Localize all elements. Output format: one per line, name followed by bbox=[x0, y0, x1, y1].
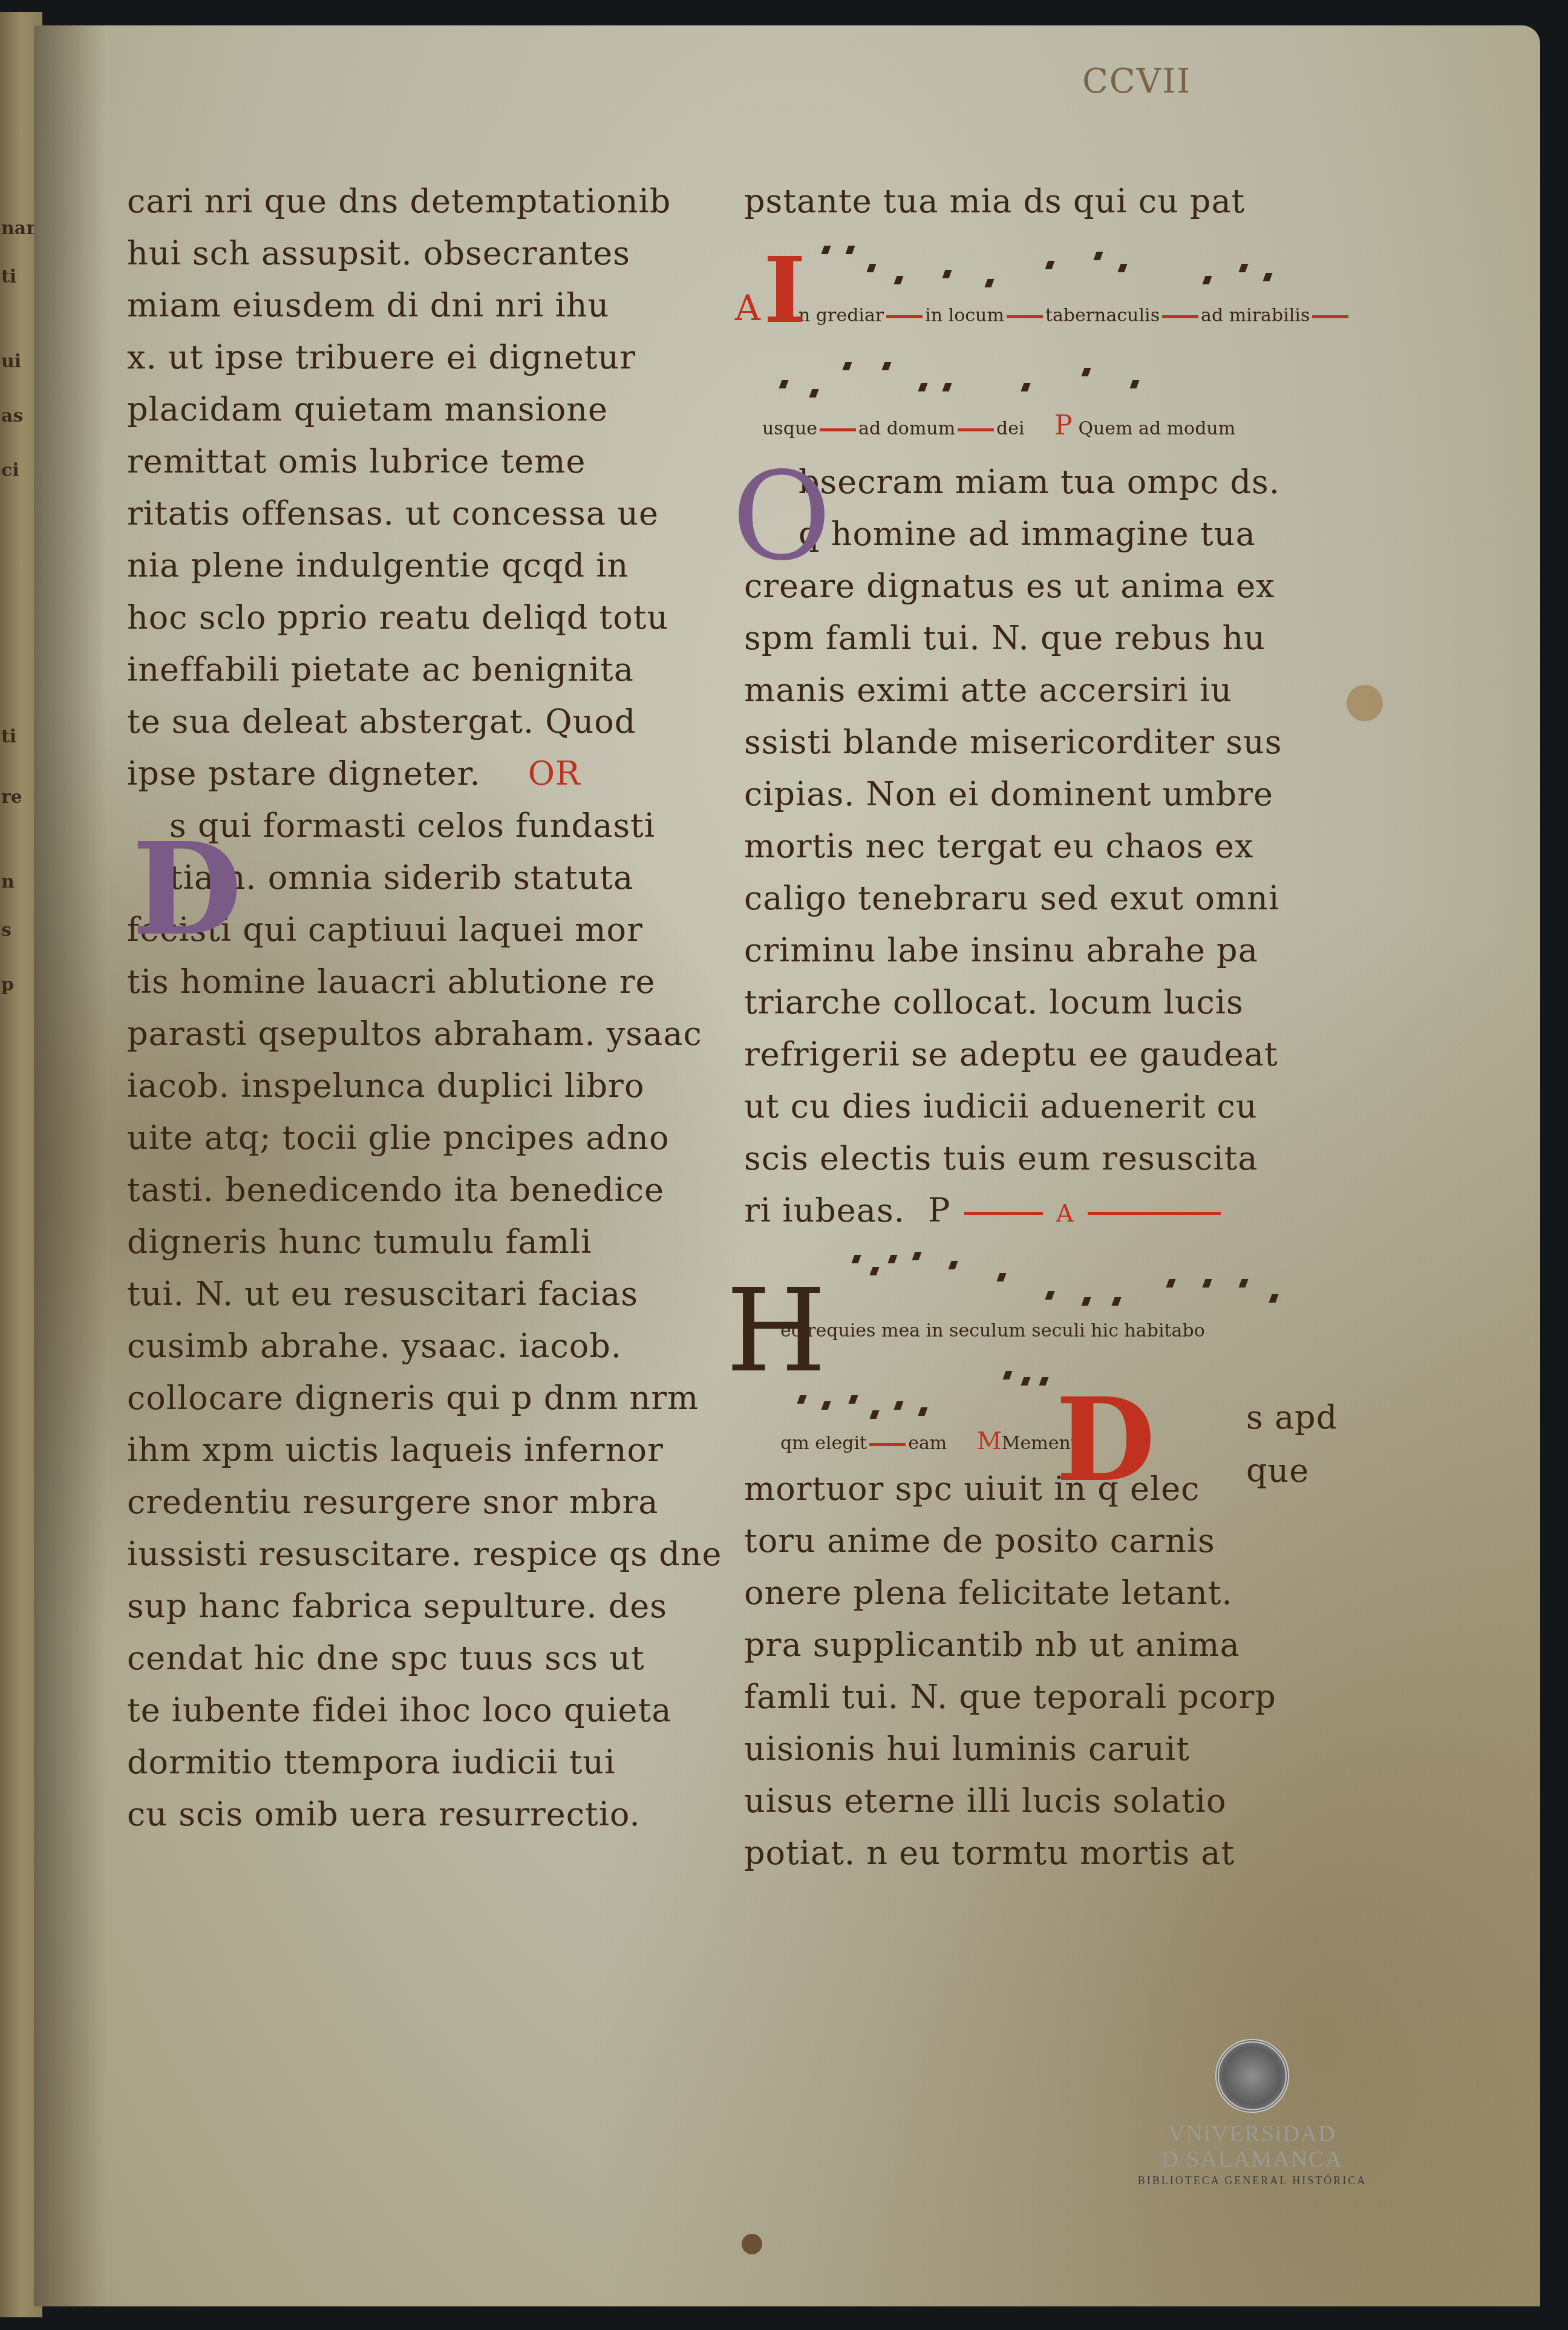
neume bbox=[942, 270, 952, 278]
text-line: ineffabili pietate ac benignita bbox=[127, 644, 671, 696]
neume bbox=[821, 246, 831, 254]
text-line: cari nri que dns detemptationib bbox=[127, 175, 671, 227]
neume bbox=[842, 362, 852, 370]
neume bbox=[1081, 1297, 1091, 1306]
neume bbox=[779, 380, 788, 388]
text-line: famli tui. N. que teporali pcorp bbox=[744, 1671, 1289, 1723]
text-line: pstante tua mia ds qui cu pat bbox=[744, 175, 1289, 227]
text-line: criminu labe insinu abrahe pa bbox=[744, 924, 1289, 977]
neume bbox=[866, 264, 876, 272]
neume bbox=[912, 1252, 921, 1260]
neume bbox=[1238, 1279, 1248, 1288]
university-seal-icon bbox=[1215, 2039, 1289, 2113]
gutter-shadow bbox=[34, 25, 106, 2306]
text-line: uisionis hui luminis caruit bbox=[744, 1723, 1289, 1775]
chant-word: usque bbox=[762, 418, 817, 439]
neume bbox=[996, 1273, 1006, 1281]
red-separator bbox=[1088, 1212, 1221, 1215]
text-line: ritatis offensas. ut concessa ue bbox=[127, 488, 671, 540]
chant-word: in locum bbox=[925, 305, 1004, 326]
text-span: ri iubeas. bbox=[744, 1191, 905, 1229]
prev-page-fragment: n bbox=[1, 871, 15, 892]
antiphon-cue-A: A bbox=[735, 287, 760, 329]
red-separator bbox=[964, 1212, 1043, 1215]
neume bbox=[1238, 264, 1248, 272]
text-line: x. ut ipse tribuere ei dignetur bbox=[127, 332, 671, 384]
prev-page-fragment: s bbox=[1, 920, 11, 941]
text-line: miam eiusdem di dni nri ihu bbox=[127, 280, 671, 332]
antiphon-cue: A bbox=[1056, 1200, 1074, 1228]
text-line: hui sch assupsit. obsecrantes bbox=[127, 227, 671, 280]
chant-text-line: usquead domumdei P Quem ad modum bbox=[744, 404, 1289, 448]
text-line: ut cu dies iudicii aduenerit cu bbox=[744, 1081, 1289, 1133]
prev-page-fragment: as bbox=[1, 405, 23, 427]
psalm-cue: P bbox=[1054, 410, 1073, 441]
prev-page-fragment: ti bbox=[1, 726, 16, 747]
neume bbox=[1045, 1291, 1054, 1300]
red-separator bbox=[1312, 315, 1348, 318]
initial-I-red: I bbox=[763, 245, 806, 336]
text-line: ipse pstare digneter. OR bbox=[127, 748, 671, 800]
red-separator bbox=[1162, 315, 1198, 318]
chant-word: dei bbox=[996, 418, 1025, 439]
neume bbox=[893, 1401, 903, 1410]
neume bbox=[1045, 261, 1054, 269]
text-line: uisus eterne illi lucis solatio bbox=[744, 1775, 1289, 1827]
neume bbox=[845, 246, 855, 254]
neume bbox=[869, 1410, 879, 1419]
text-line: manis eximi atte accersiri iu bbox=[744, 664, 1289, 716]
psalm-incipit: Quem ad modum bbox=[1078, 418, 1235, 439]
prev-page-fragment: re bbox=[1, 787, 22, 808]
text-line: tasti. benedicendo ita benedice bbox=[127, 1164, 671, 1216]
initial-H: H bbox=[726, 1274, 826, 1389]
chant-text-line: n grediarin locumtabernaculisad mirabili… bbox=[744, 294, 1289, 338]
text-line: te sua deleat abstergat. Quod bbox=[127, 696, 671, 748]
text-line: uite atq; tocii glie pncipes adno bbox=[127, 1112, 671, 1164]
neume bbox=[1166, 1279, 1175, 1288]
neume bbox=[1039, 1377, 1048, 1386]
neume bbox=[984, 279, 994, 287]
neume bbox=[918, 383, 927, 391]
text-line: tui. N. ut eu resuscitari facias bbox=[127, 1268, 671, 1320]
neume-staff bbox=[744, 227, 1289, 294]
neume bbox=[809, 389, 818, 398]
neume bbox=[1117, 264, 1127, 272]
chant-word: n grediar bbox=[799, 305, 884, 326]
chant-word: qm elegit bbox=[780, 1433, 867, 1454]
text-line: mortis nec tergat eu chaos ex bbox=[744, 820, 1289, 872]
text-line: potiat. n eu tormtu mortis at bbox=[744, 1827, 1289, 1879]
text-line: nia plene indulgentie qcqd in bbox=[127, 540, 671, 592]
text-line: ihm xpm uictis laqueis infernor bbox=[127, 1424, 671, 1476]
neume bbox=[821, 1401, 831, 1410]
text-line: pra supplicantib nb ut anima bbox=[744, 1619, 1289, 1671]
text-line: dormitio ttempora iudicii tui bbox=[127, 1736, 671, 1788]
text-line: credentiu resurgere snor mbra bbox=[127, 1476, 671, 1528]
chant-word: ad mirabilis bbox=[1201, 305, 1310, 326]
text-span: ipse pstare digneter. bbox=[127, 754, 481, 793]
text-line: placidam quietam mansione bbox=[127, 384, 671, 436]
initial-O-purple: O bbox=[732, 457, 831, 578]
neume bbox=[869, 1267, 879, 1275]
text-line: iacob. inspelunca duplici libro bbox=[127, 1060, 671, 1112]
text-line: digneris hunc tumulu famli bbox=[127, 1216, 671, 1268]
watermark-line-1: VNiVERSiDAD bbox=[1113, 2121, 1391, 2147]
text-line: refrigerii se adeptu ee gaudeat bbox=[744, 1029, 1289, 1081]
text-line: spm famli tui. N. que rebus hu bbox=[744, 612, 1289, 664]
prev-page-fragment: p bbox=[1, 974, 14, 995]
text-line: ri iubeas. P A bbox=[744, 1185, 1289, 1237]
text-line: cipias. Non ei dominent umbre bbox=[744, 768, 1289, 820]
verse-initial-M: M bbox=[977, 1427, 1002, 1455]
text-line: collocare digneris qui p dnm nrm bbox=[127, 1372, 671, 1424]
neume bbox=[1269, 1294, 1278, 1303]
neume bbox=[1021, 383, 1030, 391]
chant-word: ad domum bbox=[858, 418, 955, 439]
neume bbox=[948, 1261, 958, 1269]
text-line: cusimb abrahe. ysaac. iacob. bbox=[127, 1320, 671, 1372]
text-line: hoc sclo pprio reatu deliqd totu bbox=[127, 592, 671, 644]
red-separator bbox=[1007, 315, 1043, 318]
rubric-oratio: OR bbox=[528, 754, 581, 793]
text-line: cu scis omib uera resurrectio. bbox=[127, 1788, 671, 1841]
red-separator bbox=[886, 315, 923, 318]
red-separator bbox=[869, 1443, 906, 1446]
text-line: iussisti resuscitare. respice qs dne bbox=[127, 1528, 671, 1580]
text-line: ssisti blande misericorditer sus bbox=[744, 716, 1289, 768]
right-column: pstante tua mia ds qui cu pat n grediari… bbox=[744, 175, 1289, 1879]
chant-word: tabernaculis bbox=[1045, 305, 1160, 326]
prev-page-fragment: ti bbox=[1, 266, 16, 287]
prev-page-fragment: ui bbox=[1, 351, 21, 372]
text-line: parasti qsepultos abraham. ysaac bbox=[127, 1008, 671, 1060]
text-line: mortuor spc uiuit in q elec bbox=[744, 1463, 1289, 1515]
neume bbox=[1129, 380, 1139, 388]
neume bbox=[1002, 1371, 1012, 1379]
left-column: cari nri que dns detemptationib hui sch … bbox=[127, 175, 671, 1841]
stain bbox=[742, 2234, 762, 2254]
text-line: sup hanc fabrica sepulture. des bbox=[127, 1580, 671, 1632]
text-line: te iubente fidei ihoc loco quieta bbox=[127, 1684, 671, 1736]
university-watermark: VNiVERSiDAD D SALAMANCA BIBLIOTECA GENER… bbox=[1113, 2039, 1391, 2187]
neume bbox=[1081, 368, 1091, 376]
psalm-mark: P bbox=[928, 1191, 950, 1229]
neume bbox=[1263, 273, 1272, 281]
watermark-line-3: BIBLIOTECA GENERAL HISTÓRICA bbox=[1113, 2175, 1391, 2187]
neume bbox=[887, 1255, 897, 1263]
initial-D-purple: D bbox=[132, 826, 242, 953]
neume bbox=[918, 1407, 927, 1416]
text-line: onere plena felicitate letant. bbox=[744, 1567, 1289, 1619]
text-line: cendat hic dne spc tuus scs ut bbox=[127, 1632, 671, 1684]
neume bbox=[942, 383, 952, 391]
folio-number: CCVII bbox=[1082, 62, 1191, 101]
text-line: triarche collocat. locum lucis bbox=[744, 977, 1289, 1029]
neume bbox=[893, 276, 903, 284]
prev-page-fragment: ci bbox=[1, 460, 19, 481]
initial-D-red: D bbox=[1056, 1383, 1155, 1497]
text-line: scis electis tuis eum resuscita bbox=[744, 1133, 1289, 1185]
neume bbox=[851, 1255, 861, 1263]
chant-text-line: qm elegiteam MMemento bbox=[744, 1419, 1289, 1463]
text-line: toru anime de posito carnis bbox=[744, 1515, 1289, 1567]
neume bbox=[881, 362, 891, 370]
chant-word: eam bbox=[908, 1433, 947, 1454]
text-line: caligo tenebraru sed exut omni bbox=[744, 872, 1289, 924]
neume bbox=[1202, 1279, 1212, 1288]
text-line: remittat omis lubrice teme bbox=[127, 436, 671, 488]
neume-staff bbox=[744, 338, 1289, 404]
neume bbox=[1093, 252, 1103, 260]
neume bbox=[1021, 1377, 1030, 1386]
neume bbox=[1202, 276, 1212, 284]
neume bbox=[848, 1395, 858, 1404]
red-separator bbox=[958, 428, 994, 431]
neume bbox=[1111, 1297, 1121, 1306]
text-fragment: que bbox=[1246, 1445, 1309, 1497]
red-separator bbox=[820, 428, 856, 431]
text-fragment: s apd bbox=[1246, 1392, 1338, 1444]
stain bbox=[1347, 685, 1383, 721]
watermark-line-2: D SALAMANCA bbox=[1113, 2147, 1391, 2172]
